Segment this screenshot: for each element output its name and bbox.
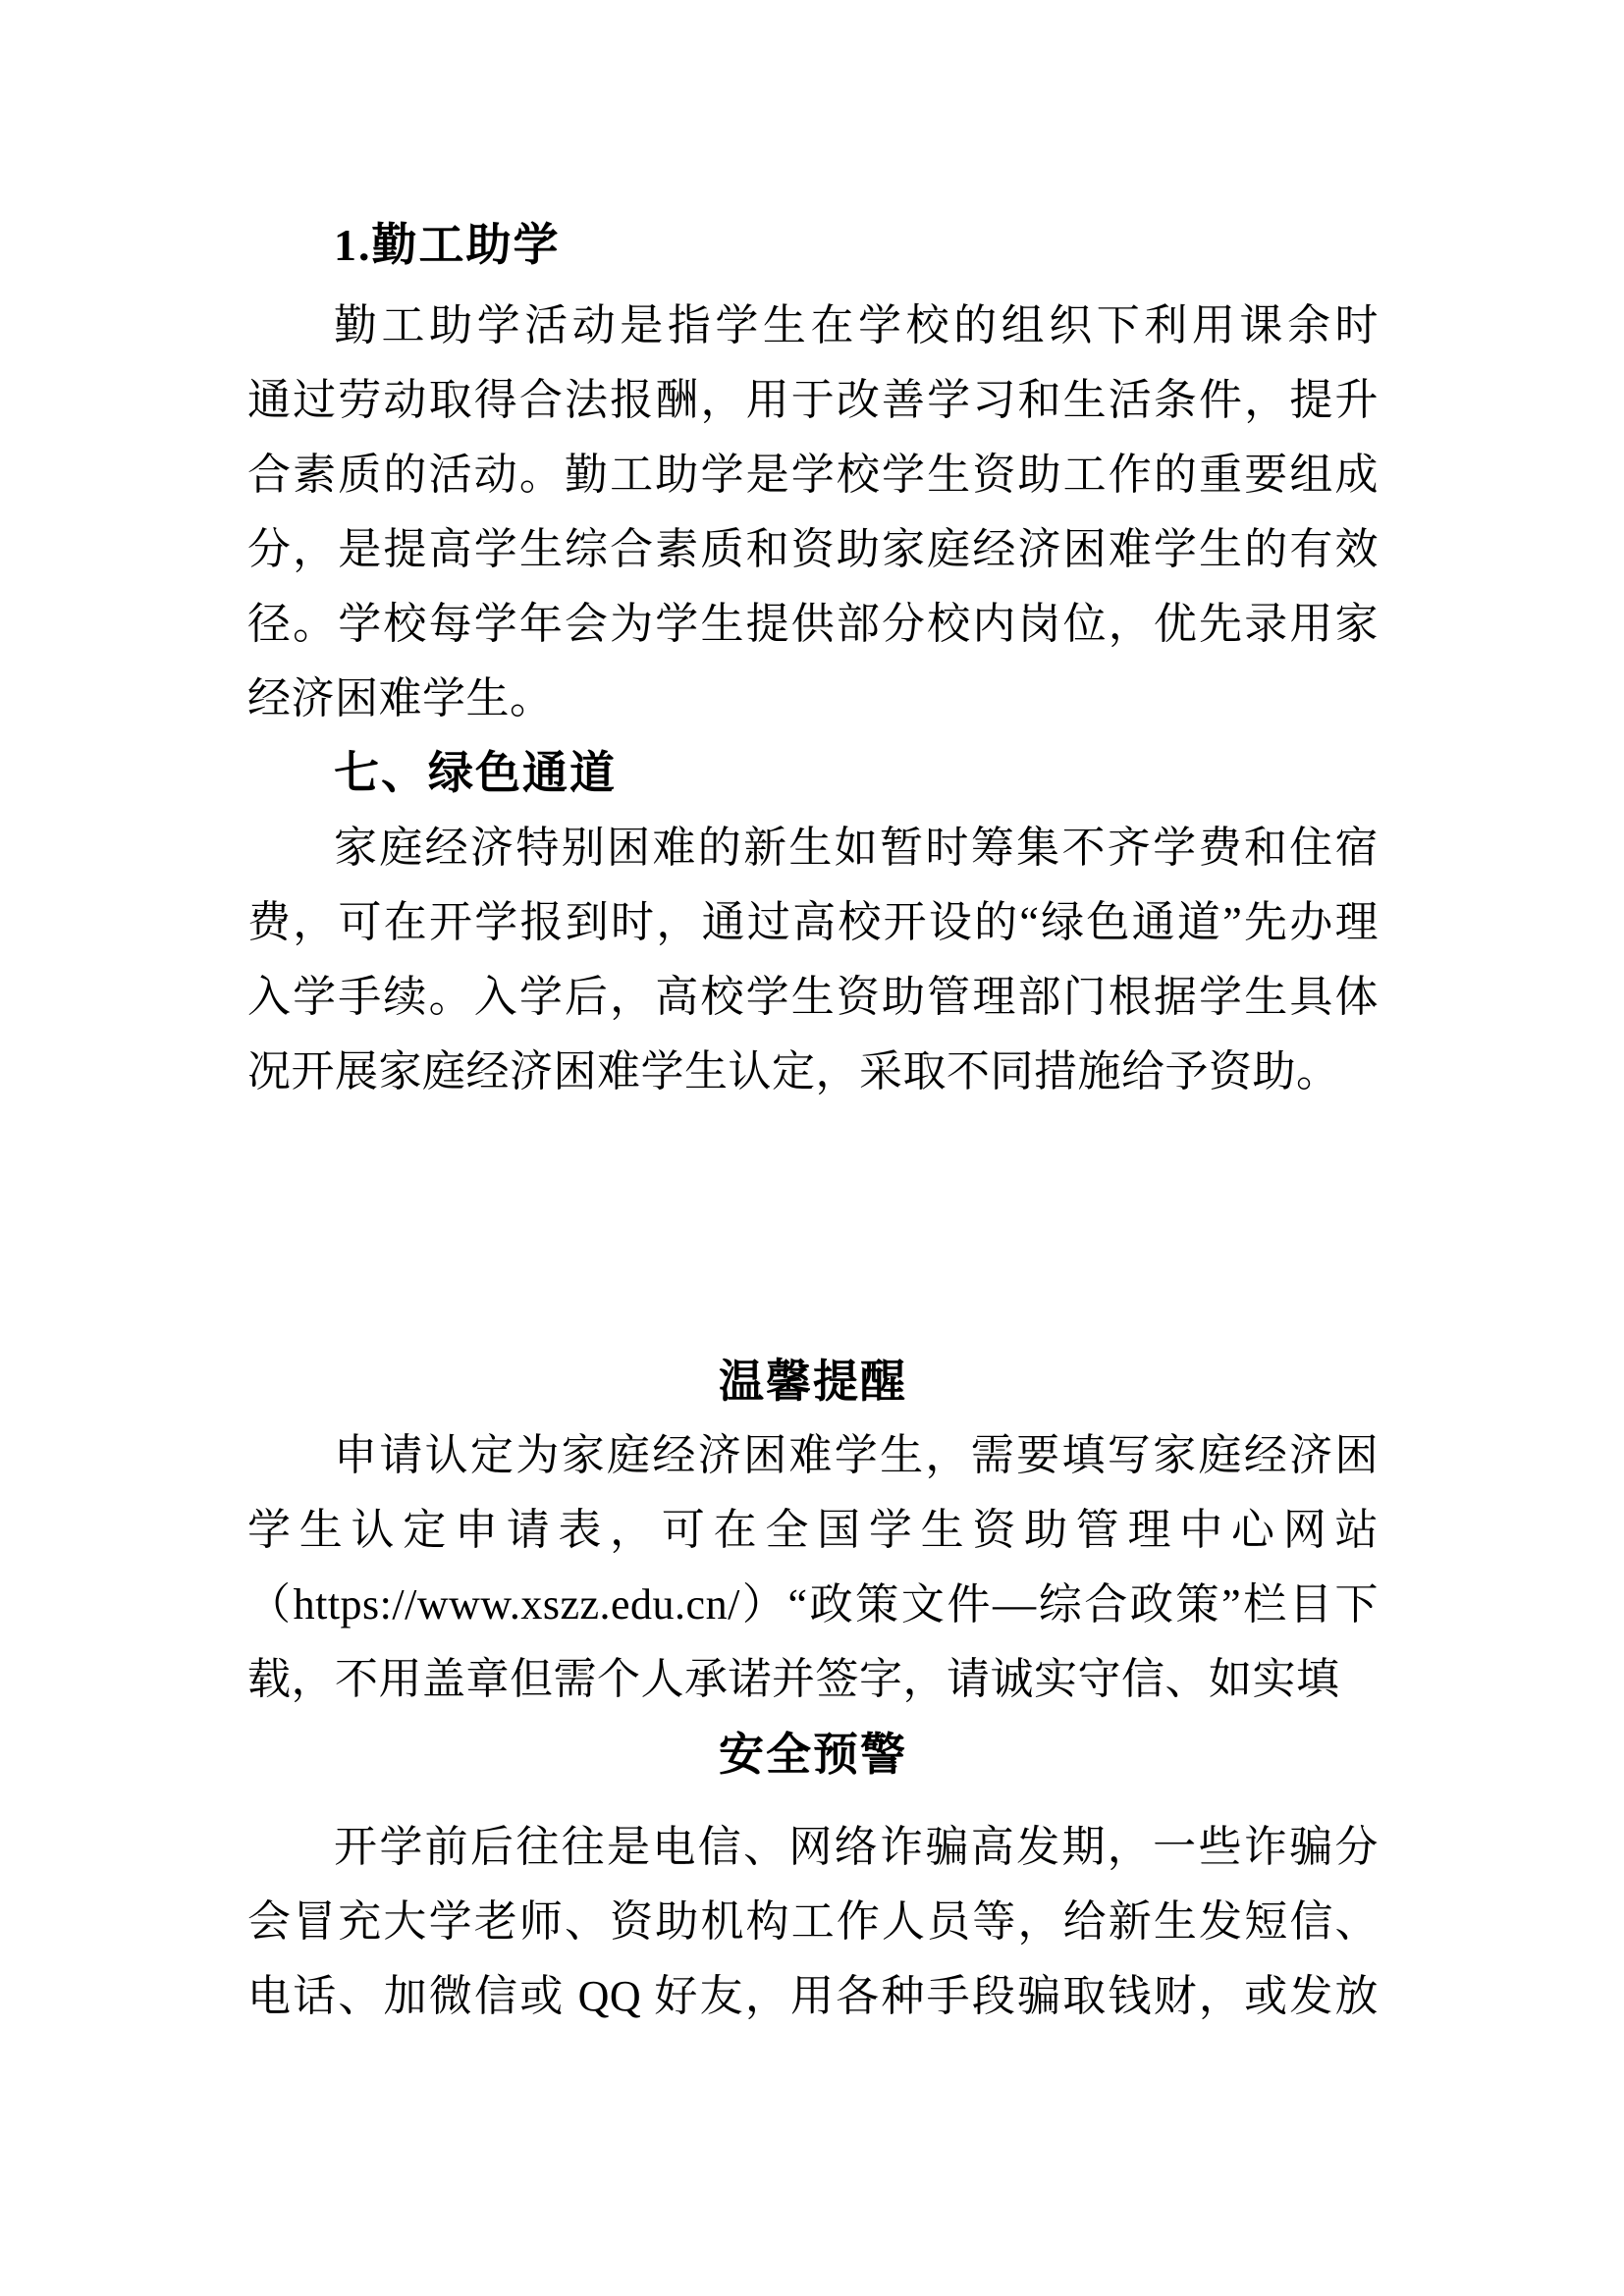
- document-page: 1.勤工助学 勤工助学活动是指学生在学校的组织下利用课余时间， 通过劳动取得合法…: [0, 0, 1624, 2296]
- text-line: 勤工助学活动是指学生在学校的组织下利用课余时间，: [247, 289, 1379, 363]
- text-line: 开学前后往往是电信、网络诈骗高发期，一些诈骗分子: [247, 1810, 1379, 1885]
- heading-warm-reminder: 温馨提醒: [247, 1344, 1379, 1418]
- text-line: 载，不用盖章但需个人承诺并签字，请诚实守信、如实填写。: [247, 1642, 1379, 1717]
- paragraph-warm-reminder: 申请认定为家庭经济困难学生，需要填写家庭经济困难 学生认定申请表，可在全国学生资…: [247, 1418, 1379, 1717]
- paragraph-security-alert: 开学前后往往是电信、网络诈骗高发期，一些诈骗分子 会冒充大学老师、资助机构工作人…: [247, 1810, 1379, 2034]
- text-line: 申请认定为家庭经济困难学生，需要填写家庭经济困难: [247, 1418, 1379, 1493]
- heading-workstudy: 1.勤工助学: [247, 208, 1379, 283]
- text-line: 合素质的活动。勤工助学是学校学生资助工作的重要组成部: [247, 438, 1379, 512]
- text-line: 况开展家庭经济困难学生认定，采取不同措施给予资助。: [247, 1035, 1379, 1109]
- text-line: 径。学校每学年会为学生提供部分校内岗位，优先录用家庭: [247, 587, 1379, 662]
- text-line: 学生认定申请表，可在全国学生资助管理中心网站: [247, 1493, 1379, 1568]
- text-line: 分，是提高学生综合素质和资助家庭经济困难学生的有效途: [247, 512, 1379, 587]
- document-content: 1.勤工助学 勤工助学活动是指学生在学校的组织下利用课余时间， 通过劳动取得合法…: [247, 208, 1379, 2034]
- paragraph-green-channel: 家庭经济特别困难的新生如暂时筹集不齐学费和住宿 费，可在开学报到时，通过高校开设…: [247, 811, 1379, 1109]
- text-line: 入学手续。入学后，高校学生资助管理部门根据学生具体情: [247, 960, 1379, 1035]
- text-line: 电话、加微信或 QQ 好友，用各种手段骗取钱财，或发放互: [247, 1959, 1379, 2034]
- text-line: 经济困难学生。: [247, 662, 1379, 736]
- text-line: 会冒充大学老师、资助机构工作人员等，给新生发短信、打: [247, 1885, 1379, 1959]
- text-line: 通过劳动取得合法报酬，用于改善学习和生活条件，提升综: [247, 363, 1379, 438]
- text-line: （https://www.xszz.edu.cn/）“政策文件—综合政策”栏目下: [247, 1568, 1379, 1642]
- paragraph-workstudy: 勤工助学活动是指学生在学校的组织下利用课余时间， 通过劳动取得合法报酬，用于改善…: [247, 289, 1379, 736]
- text-line: 家庭经济特别困难的新生如暂时筹集不齐学费和住宿: [247, 811, 1379, 885]
- heading-green-channel: 七、绿色通道: [247, 736, 1379, 811]
- heading-security-alert: 安全预警: [247, 1717, 1379, 1791]
- text-line: 费，可在开学报到时，通过高校开设的“绿色通道”先办理: [247, 885, 1379, 960]
